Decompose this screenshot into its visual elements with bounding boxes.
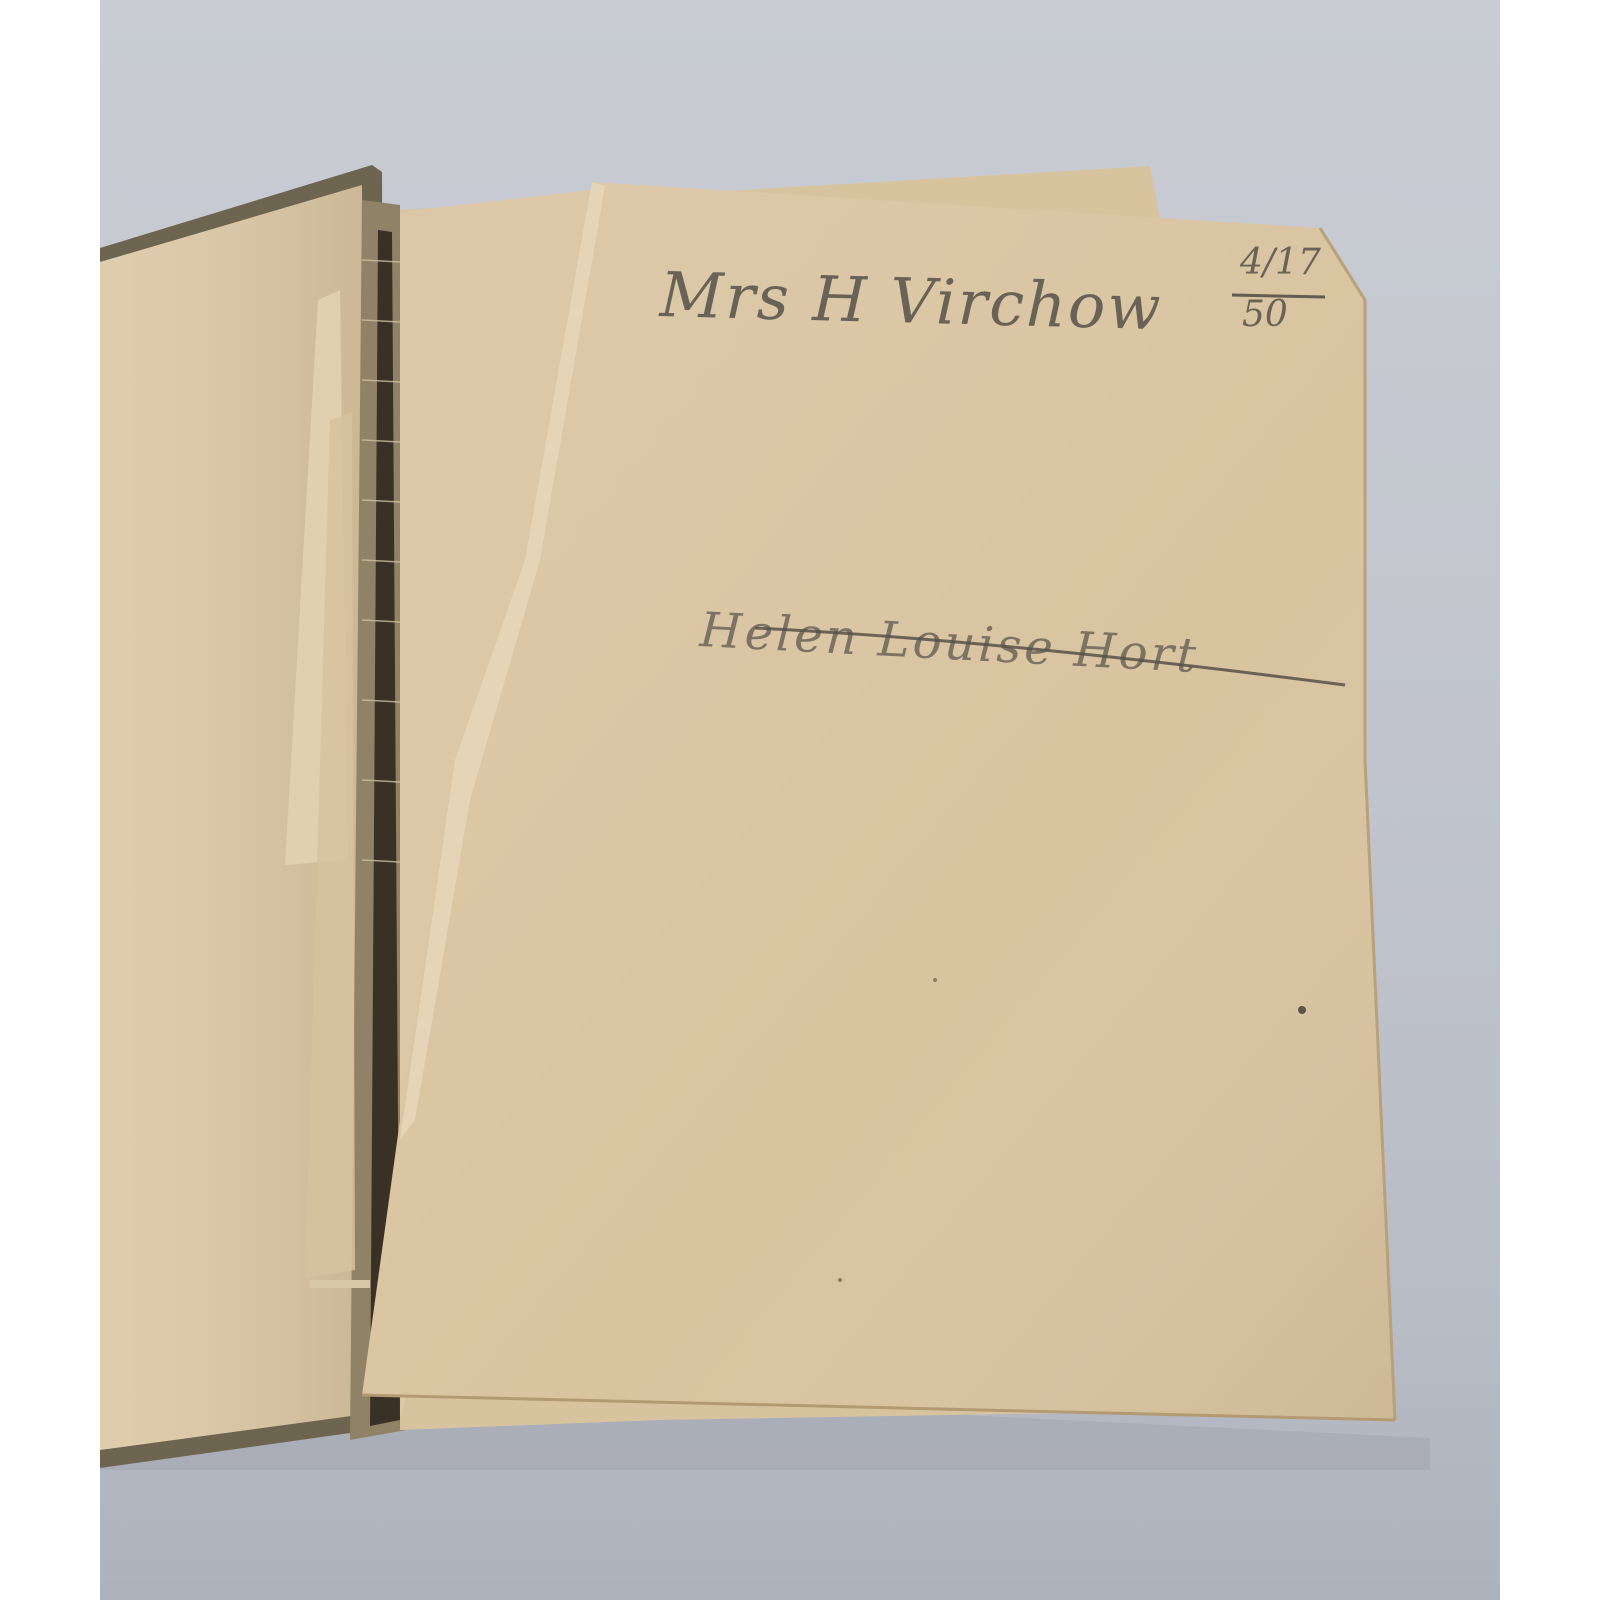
inscription-number-top: 4/17 (1240, 242, 1321, 283)
owner-inscription: Mrs H Virchow (659, 258, 1163, 344)
book-illustration (100, 0, 1500, 1600)
book-photo: Mrs H Virchow 4/17 50 Helen Louise Hort (100, 0, 1500, 1600)
inscription-number-bottom: 50 (1242, 294, 1288, 335)
